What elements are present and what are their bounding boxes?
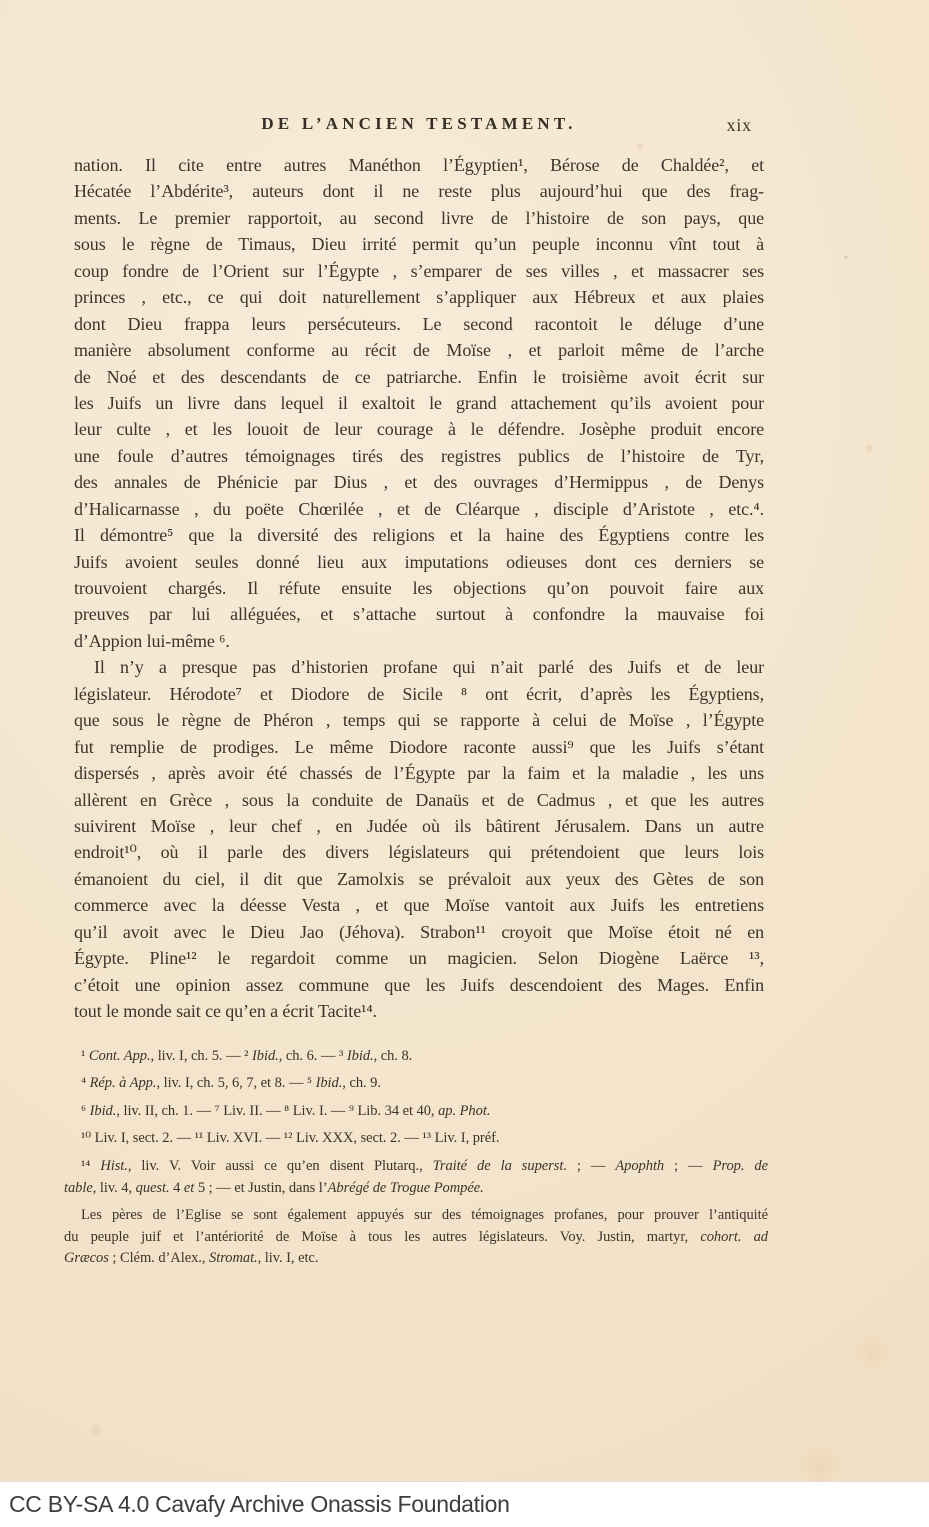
text-line: dont Dieu frappa leurs persécuteurs. Le … [74, 311, 764, 337]
text-line: tout le monde sait ce qu’en a écrit Taci… [74, 998, 764, 1024]
text-line: fut remplie de prodiges. Le même Diodore… [74, 734, 764, 760]
page-header: DE L’ANCIEN TESTAMENT. xix [74, 114, 764, 138]
text-line: ments. Le premier rapportoit, au second … [74, 205, 764, 231]
text-line: de Noé et des descendants de ce patriarc… [74, 364, 764, 390]
text-line: des annales de Phénicie par Dius , et de… [74, 469, 764, 495]
text-line: dispersés , après avoir été chassés de l… [74, 760, 764, 786]
footnote-segment: ; Clém. d’Alex., [109, 1250, 209, 1266]
paragraph: Il n’y a presque pas d’historien profane… [74, 654, 764, 1024]
text-line: nation. Il cite entre autres Manéthon l’… [74, 152, 764, 178]
footnote-segment: , liv. II, ch. 1. — ⁷ Liv. II. — ⁸ Liv. … [116, 1103, 438, 1119]
footnote: ¹⁰ Liv. I, sect. 2. — ¹¹ Liv. XVI. — ¹² … [64, 1128, 768, 1150]
license-text: CC BY-SA 4.0 Cavafy Archive Onassis Foun… [0, 1491, 510, 1518]
text-line: allèrent en Grèce , sous la conduite de … [74, 787, 764, 813]
footnote-line: ⁴ Rép. à App., liv. I, ch. 5, 6, 7, et 8… [64, 1073, 768, 1095]
text-line: endroit¹⁰, où il parle des divers législ… [74, 839, 764, 865]
text-line: législateur. Hérodote⁷ et Diodore de Sic… [74, 681, 764, 707]
license-bar: CC BY-SA 4.0 Cavafy Archive Onassis Foun… [0, 1481, 929, 1527]
footnote-italic-segment: Stromat. [209, 1250, 258, 1266]
footnote-line: ⁶ Ibid., liv. II, ch. 1. — ⁷ Liv. II. — … [64, 1101, 768, 1123]
footnote-segment: ¹⁰ Liv. I, sect. 2. — ¹¹ Liv. XVI. — ¹² … [81, 1130, 499, 1146]
footnote-italic-segment: Rép. à App. [90, 1075, 157, 1091]
footnote-segment: 5 ; — et Justin, dans l’ [194, 1180, 327, 1196]
footnote: ⁶ Ibid., liv. II, ch. 1. — ⁷ Liv. II. — … [64, 1101, 768, 1123]
footnote-segment: , liv. I, ch. 5, 6, 7, et 8. — ⁵ [156, 1075, 315, 1091]
footnote-line: ¹⁴ Hist., liv. V. Voir aussi ce qu’en di… [64, 1156, 768, 1178]
footnote-segment: , liv. V. Voir aussi ce qu’en disent Plu… [128, 1158, 433, 1174]
footnote-italic-segment: cohort. ad [700, 1229, 768, 1245]
footnote-segment: 4 [170, 1180, 184, 1196]
text-line: manière absolument conforme au récit de … [74, 337, 764, 363]
text-line: émanoient du ciel, il dit que Zamolxis s… [74, 866, 764, 892]
footnote-line: ¹⁰ Liv. I, sect. 2. — ¹¹ Liv. XVI. — ¹² … [64, 1128, 768, 1150]
footnote-segment: du peuple juif et l’antériorité de Moïse… [64, 1229, 700, 1245]
footnote-line: ¹ Cont. App., liv. I, ch. 5. — ² Ibid., … [64, 1046, 768, 1068]
running-title: DE L’ANCIEN TESTAMENT. [74, 114, 764, 134]
footnote-line: Les pères de l’Eglise se sont également … [64, 1205, 768, 1227]
text-line: d’Appion lui-même ⁶. [74, 628, 764, 654]
footnote-italic-segment: et [184, 1180, 194, 1196]
body-text: nation. Il cite entre autres Manéthon l’… [74, 152, 764, 1024]
text-line: une foule d’autres témoignages tirés des… [74, 443, 764, 469]
footnote: ¹⁴ Hist., liv. V. Voir aussi ce qu’en di… [64, 1156, 768, 1199]
footnote-segment: ⁴ [81, 1075, 90, 1091]
text-line: que sous le règne de Phéron , temps qui … [74, 707, 764, 733]
scanned-book-page: DE L’ANCIEN TESTAMENT. xix nation. Il ci… [0, 0, 929, 1527]
footnote-segment: Les pères de l’Eglise se sont également … [81, 1207, 768, 1223]
footnote-segment: , ch. 6. — ³ [279, 1048, 347, 1064]
footnote-italic-segment: table [64, 1180, 93, 1196]
footnote-line: table, liv. 4, quest. 4 et 5 ; — et Just… [64, 1178, 768, 1200]
text-line: Hécatée l’Abdérite³, auteurs dont il ne … [74, 178, 764, 204]
footnote-italic-segment: Ibid. [90, 1103, 117, 1119]
footnote-italic-segment: Ibid. [252, 1048, 279, 1064]
footnote-segment: ; — [567, 1158, 615, 1174]
footnote: Les pères de l’Eglise se sont également … [64, 1205, 768, 1270]
text-line: trouvoient chargés. Il réfute ensuite le… [74, 575, 764, 601]
text-line: Il n’y a presque pas d’historien profane… [74, 654, 764, 680]
footnote-italic-segment: Ibid. [316, 1075, 343, 1091]
footnote-italic-segment: quest. [136, 1180, 170, 1196]
text-line: Égypte. Pline¹² le regardoit comme un ma… [74, 945, 764, 971]
footnote-italic-segment: Apophth [615, 1158, 664, 1174]
footnote-segment: , liv. 4, [93, 1180, 136, 1196]
text-line: leur culte , et les louoit de leur coura… [74, 416, 764, 442]
footnote-segment: ¹⁴ [81, 1158, 100, 1174]
footnote-italic-segment: Cont. App. [89, 1048, 151, 1064]
text-line: sous le règne de Timaus, Dieu irrité per… [74, 231, 764, 257]
footnote-segment: , ch. 8. [374, 1048, 413, 1064]
text-line: c’étoit une opinion assez commune que le… [74, 972, 764, 998]
text-line: coup fondre de l’Orient sur l’Égypte , s… [74, 258, 764, 284]
page-number: xix [727, 115, 752, 136]
footnote-italic-segment: ap. Phot. [438, 1103, 490, 1119]
footnote-segment: ¹ [81, 1048, 89, 1064]
footnote-line: Græcos ; Clém. d’Alex., Stromat., liv. I… [64, 1248, 768, 1270]
footnote-italic-segment: Abrégé de Trogue Pompée. [328, 1180, 484, 1196]
paragraph: nation. Il cite entre autres Manéthon l’… [74, 152, 764, 654]
text-line: princes , etc., ce qui doit naturellemen… [74, 284, 764, 310]
footnote-italic-segment: Hist. [100, 1158, 128, 1174]
text-line: qu’il avoit avec le Dieu Jao (Jéhova). S… [74, 919, 764, 945]
footnote-italic-segment: Traité de la superst. [433, 1158, 567, 1174]
footnote-italic-segment: Ibid. [347, 1048, 374, 1064]
footnote-segment: ⁶ [81, 1103, 90, 1119]
text-line: commerce avec la déesse Vesta , et que M… [74, 892, 764, 918]
footnote: ⁴ Rép. à App., liv. I, ch. 5, 6, 7, et 8… [64, 1073, 768, 1095]
footnote: ¹ Cont. App., liv. I, ch. 5. — ² Ibid., … [64, 1046, 768, 1068]
text-line: suivirent Moïse , leur chef , en Judée o… [74, 813, 764, 839]
footnote-segment: ; — [664, 1158, 712, 1174]
paper-scan: DE L’ANCIEN TESTAMENT. xix nation. Il ci… [0, 0, 929, 1481]
footnotes-block: ¹ Cont. App., liv. I, ch. 5. — ² Ibid., … [64, 1046, 768, 1276]
text-line: Il démontre⁵ que la diversité des religi… [74, 522, 764, 548]
text-line: Juifs avoient seules donné lieu aux impu… [74, 549, 764, 575]
footnote-italic-segment: Græcos [64, 1250, 109, 1266]
footnote-line: du peuple juif et l’antériorité de Moïse… [64, 1227, 768, 1249]
text-line: d’Halicarnasse , du poëte Chœrilée , et … [74, 496, 764, 522]
text-line: preuves par lui alléguées, et s’attache … [74, 601, 764, 627]
footnote-segment: , liv. I, etc. [258, 1250, 319, 1266]
footnote-segment: , ch. 9. [342, 1075, 381, 1091]
footnote-italic-segment: Prop. de [713, 1158, 768, 1174]
footnote-segment: , liv. I, ch. 5. — ² [151, 1048, 252, 1064]
text-line: les Juifs un livre dans lequel il exalto… [74, 390, 764, 416]
